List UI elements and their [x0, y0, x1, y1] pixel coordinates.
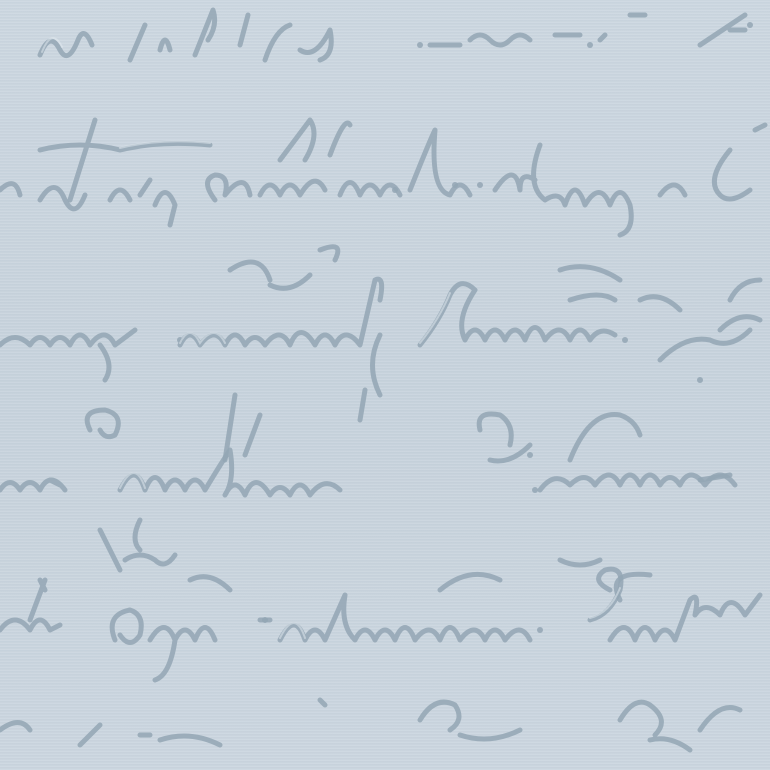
script-line-3	[0, 247, 760, 420]
script-line-5	[0, 530, 760, 680]
script-line-6	[0, 700, 740, 750]
script-line-1	[40, 10, 753, 60]
script-line-2	[0, 120, 765, 235]
script-line-4	[0, 395, 735, 550]
handwriting-texture	[0, 0, 770, 770]
script-strokes	[0, 0, 770, 770]
